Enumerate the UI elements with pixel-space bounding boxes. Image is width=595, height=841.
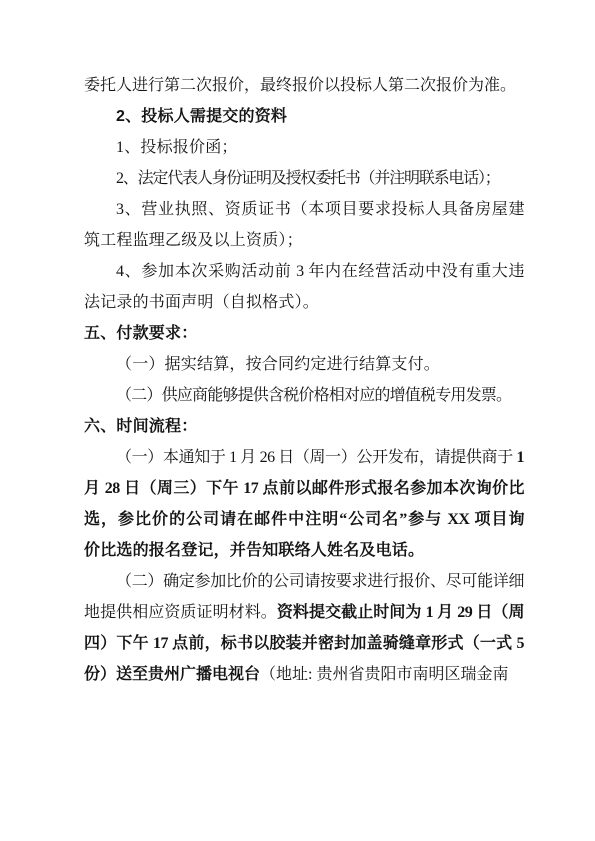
text-run: 2、投标人需提交的资料 — [116, 108, 287, 125]
text-run: 地提供相应资质证明材料。 — [84, 604, 277, 621]
line-payment-term2: （二）供应商能够提供含税价格相对应的增值税专用发票。 — [84, 380, 524, 411]
heading-section6-timeline: 六、时间流程： — [84, 411, 524, 442]
text-run: （地址: 贵州省贵阳市南明区瑞金南 — [260, 666, 508, 683]
text-run: 五、付款要求： — [84, 325, 197, 342]
text-run: （二）供应商能够提供含税价格相对应的增值税专用发票。 — [116, 387, 511, 404]
line-payment-term1: （一）据实结算，按合同约定进行结算支付。 — [84, 349, 524, 380]
line-item3-license-part1: 3、营业执照、资质证书（本项目要求投标人具备房屋建 — [84, 194, 524, 225]
document-text-block: 委托人进行第二次报价，最终报价以投标人第二次报价为准。 2、投标人需提交的资料 … — [84, 70, 524, 690]
text-run-bold: 选，参比价的公司请在邮件中注明“公司名”参与 XX 项目询 — [84, 511, 524, 528]
line-item4-declaration-part2: 法记录的书面声明（自拟格式）。 — [84, 287, 524, 318]
text-run: 委托人进行第二次报价，最终报价以投标人第二次报价为准。 — [84, 77, 516, 94]
text-run: 1、投标报价函； — [116, 139, 238, 156]
text-run: 3、营业执照、资质证书（本项目要求投标人具备房屋建 — [116, 201, 524, 218]
text-run: （一）据实结算，按合同约定进行结算支付。 — [116, 356, 440, 373]
text-run: （一）本通知于 1 月 26 日（周一）公开发布，请提供商于 — [116, 449, 517, 466]
text-run-bold: 1 — [517, 449, 525, 466]
text-run-bold: 月 28 日（周三）下午 17 点前以邮件形式报名参加本次询价比 — [84, 480, 524, 497]
line-item1-quotation-letter: 1、投标报价函； — [84, 132, 524, 163]
text-run-bold: 资料提交截止时间为 1 月 29 日（周 — [277, 604, 524, 621]
line-item2-legal-rep: 2、法定代表人身份证明及授权委托书（并注明联系电话）； — [84, 163, 524, 194]
line-timeline2-requirements: （二）确定参加比价的公司请按要求进行报价、尽可能详细 — [84, 566, 524, 597]
document-page: 委托人进行第二次报价，最终报价以投标人第二次报价为准。 2、投标人需提交的资料 … — [0, 0, 595, 841]
heading-section2-submittals: 2、投标人需提交的资料 — [84, 101, 524, 132]
line-item4-declaration-part1: 4、参加本次采购活动前 3 年内在经营活动中没有重大违 — [84, 256, 524, 287]
line-prev-paragraph-end: 委托人进行第二次报价，最终报价以投标人第二次报价为准。 — [84, 70, 524, 101]
text-run: 法记录的书面声明（自拟格式）。 — [84, 294, 319, 311]
text-run-bold: 四）下午 17 点前，标书以胶装并密封加盖骑缝章形式（一式 5 — [84, 635, 524, 652]
text-run-bold: 份）送至贵州广播电视台 — [84, 666, 260, 683]
line-timeline1-contact: 价比选的报名登记，并告知联络人姓名及电话。 — [84, 535, 524, 566]
line-timeline2-delivery-address: 份）送至贵州广播电视台（地址: 贵州省贵阳市南明区瑞金南 — [84, 659, 524, 690]
line-timeline1-deadline: 月 28 日（周三）下午 17 点前以邮件形式报名参加本次询价比 — [84, 473, 524, 504]
text-run: 4、参加本次采购活动前 3 年内在经营活动中没有重大违 — [116, 263, 524, 280]
text-run: 六、时间流程： — [84, 418, 197, 435]
text-run: 2、法定代表人身份证明及授权委托书（并注明联系电话）； — [116, 170, 500, 187]
text-run: 筑工程监理乙级及以上资质）； — [84, 232, 303, 249]
line-timeline2-binding-seal: 四）下午 17 点前，标书以胶装并密封加盖骑缝章形式（一式 5 — [84, 628, 524, 659]
line-timeline1-email-note: 选，参比价的公司请在邮件中注明“公司名”参与 XX 项目询 — [84, 504, 524, 535]
line-item3-license-part2: 筑工程监理乙级及以上资质）； — [84, 225, 524, 256]
text-run: （二）确定参加比价的公司请按要求进行报价、尽可能详细 — [116, 573, 524, 590]
text-run-bold: 价比选的报名登记，并告知联络人姓名及电话。 — [84, 542, 424, 559]
line-timeline2-submit-deadline: 地提供相应资质证明材料。资料提交截止时间为 1 月 29 日（周 — [84, 597, 524, 628]
line-timeline1-publish: （一）本通知于 1 月 26 日（周一）公开发布，请提供商于 1 — [84, 442, 524, 473]
heading-section5-payment: 五、付款要求： — [84, 318, 524, 349]
